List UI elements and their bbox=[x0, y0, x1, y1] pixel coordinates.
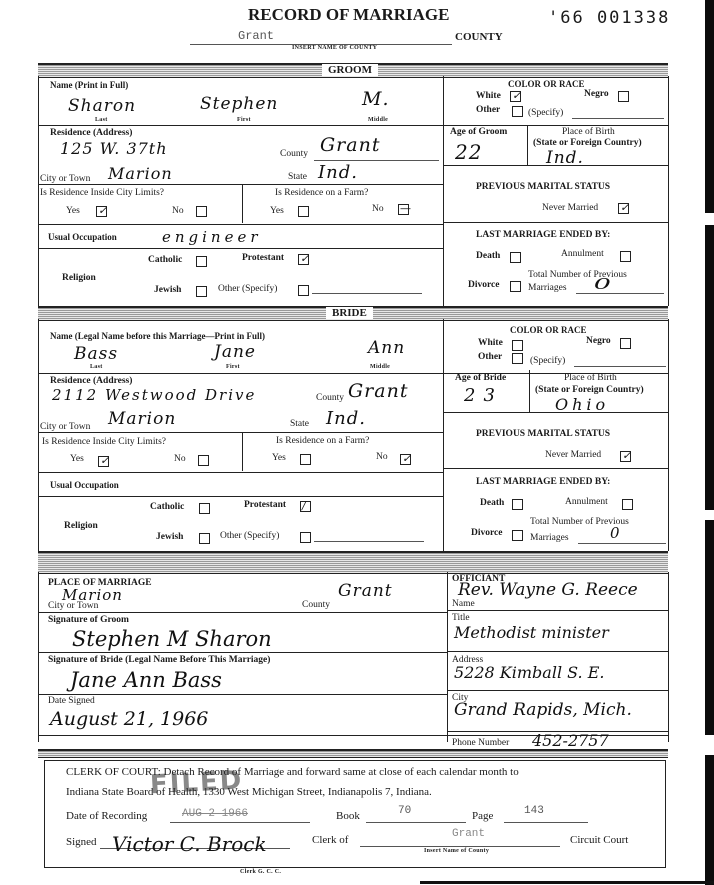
bride-divorce-label: Divorce bbox=[471, 528, 502, 538]
scan-edge bbox=[705, 755, 714, 885]
bride-signature-label: Signature of Bride (Legal Name Before Th… bbox=[48, 655, 270, 665]
bride-first-caption: First bbox=[226, 364, 240, 370]
groom-last-caption: Last bbox=[95, 117, 108, 123]
groom-specify-label: (Specify) bbox=[528, 108, 563, 118]
bride-white-checkbox[interactable] bbox=[512, 340, 523, 351]
bride-marital-status-title: PREVIOUS MARITAL STATUS bbox=[476, 429, 610, 439]
divider bbox=[443, 222, 668, 223]
book-value: 70 bbox=[398, 805, 411, 817]
bride-residence-address: 2112 Westwood Drive bbox=[52, 386, 256, 404]
groom-age-label: Age of Groom bbox=[450, 127, 507, 137]
groom-other-religion-checkbox[interactable] bbox=[298, 285, 309, 296]
groom-birthplace-label: Place of Birth bbox=[562, 127, 615, 137]
frame-right bbox=[668, 572, 669, 742]
bride-never-married-label: Never Married bbox=[545, 450, 601, 460]
divider bbox=[443, 165, 668, 166]
column-divider bbox=[443, 319, 444, 551]
bride-birthplace-sub: (State or Foreign Country) bbox=[535, 385, 644, 395]
bride-city-limits-no-checkbox[interactable] bbox=[198, 455, 209, 466]
groom-divorce-checkbox[interactable] bbox=[510, 281, 521, 292]
groom-negro-checkbox[interactable] bbox=[618, 91, 629, 102]
bride-annulment-label: Annulment bbox=[565, 497, 608, 507]
groom-city-limits-label: Is Residence Inside City Limits? bbox=[40, 188, 164, 198]
divider bbox=[38, 652, 447, 653]
bride-negro-label: Negro bbox=[586, 336, 611, 346]
officiant-city: Grand Rapids, Mich. bbox=[454, 700, 632, 720]
bride-birthplace-label: Place of Birth bbox=[564, 373, 617, 383]
line bbox=[314, 160, 439, 161]
groom-occupation: engineer bbox=[162, 228, 262, 246]
groom-residence-label: Residence (Address) bbox=[50, 128, 132, 138]
groom-negro-label: Negro bbox=[584, 89, 609, 99]
groom-farm-yes-checkbox[interactable] bbox=[298, 206, 309, 217]
bride-total-prev-value: 0 bbox=[610, 524, 621, 542]
bride-state-label: State bbox=[290, 419, 309, 429]
bride-farm-no-checkbox[interactable]: ✓ bbox=[400, 454, 411, 465]
line bbox=[504, 822, 588, 823]
bride-city-limits-no-label: No bbox=[174, 454, 186, 464]
bride-negro-checkbox[interactable] bbox=[620, 338, 631, 349]
groom-farm-yes-label: Yes bbox=[270, 206, 284, 216]
check-mark-icon: ✓ bbox=[620, 201, 629, 214]
bride-race-title: COLOR OR RACE bbox=[510, 325, 587, 335]
bride-occupation-label: Usual Occupation bbox=[50, 480, 119, 490]
bride-last-caption: Last bbox=[90, 364, 103, 370]
line bbox=[360, 846, 560, 847]
clerk-instructions-line2: Indiana State Board of Health, 1330 West… bbox=[66, 786, 432, 798]
check-mark-icon: ✓ bbox=[512, 89, 521, 102]
divider bbox=[443, 468, 668, 469]
bride-jewish-checkbox[interactable] bbox=[199, 533, 210, 544]
divider bbox=[38, 472, 443, 473]
check-mark-icon: ✓ bbox=[300, 252, 309, 265]
divider bbox=[38, 248, 443, 249]
divider bbox=[38, 612, 447, 613]
divider bbox=[529, 370, 530, 412]
signed-label: Signed bbox=[66, 836, 97, 848]
serial-number: '66 001338 bbox=[548, 8, 670, 28]
bride-death-label: Death bbox=[480, 498, 504, 508]
check-mark-icon: ✓ bbox=[622, 449, 631, 462]
groom-last-marriage-title: LAST MARRIAGE ENDED BY: bbox=[476, 230, 610, 240]
bride-age: 23 bbox=[464, 385, 503, 406]
divider bbox=[447, 651, 668, 652]
groom-never-married-checkbox[interactable]: ✓ bbox=[618, 203, 629, 214]
divider bbox=[38, 125, 668, 126]
scan-edge bbox=[705, 520, 714, 735]
officiant-title-value: Methodist minister bbox=[454, 623, 609, 642]
marriage-city-label: City or Town bbox=[48, 601, 98, 611]
bride-other-religion-label: Other (Specify) bbox=[220, 531, 279, 541]
bride-farm-label: Is Residence on a Farm? bbox=[276, 436, 369, 446]
divider bbox=[38, 496, 443, 497]
line bbox=[578, 543, 666, 544]
frame-left bbox=[38, 572, 39, 742]
marriage-county: Grant bbox=[338, 581, 393, 601]
clerk-of-label: Clerk of bbox=[312, 834, 348, 846]
header-county-value: Grant bbox=[238, 29, 274, 43]
groom-other-religion-label: Other (Specify) bbox=[218, 284, 277, 294]
groom-farm-no-checkbox[interactable]: — bbox=[398, 204, 409, 215]
groom-city-limits-yes-label: Yes bbox=[66, 206, 80, 216]
column-divider bbox=[447, 572, 448, 742]
divider bbox=[38, 224, 443, 225]
groom-birthplace-sub: (State or Foreign Country) bbox=[533, 138, 642, 148]
groom-city: Marion bbox=[108, 164, 173, 183]
line bbox=[576, 293, 664, 294]
groom-religion-label: Religion bbox=[62, 273, 96, 283]
bride-city: Marion bbox=[108, 409, 176, 429]
groom-name-label: Name (Print in Full) bbox=[50, 80, 128, 90]
bride-white-label: White bbox=[478, 338, 503, 348]
book-label: Book bbox=[336, 810, 360, 822]
bride-other-religion-checkbox[interactable] bbox=[300, 532, 311, 543]
groom-annulment-checkbox[interactable] bbox=[620, 251, 631, 262]
groom-section-title: GROOM bbox=[322, 64, 378, 76]
groom-marital-status-title: PREVIOUS MARITAL STATUS bbox=[476, 182, 610, 192]
officiant-name-label: Name bbox=[452, 599, 475, 609]
groom-catholic-checkbox[interactable] bbox=[196, 256, 207, 267]
bride-total-prev-label-2: Marriages bbox=[530, 533, 569, 543]
groom-jewish-checkbox[interactable] bbox=[196, 286, 207, 297]
groom-protestant-checkbox[interactable]: ✓ bbox=[298, 254, 309, 265]
line bbox=[574, 366, 666, 367]
groom-first-name: Stephen bbox=[200, 94, 278, 114]
bride-religion-label: Religion bbox=[64, 521, 98, 531]
officiant-title-label: Title bbox=[452, 613, 470, 623]
officiant-phone-label: Phone Number bbox=[452, 738, 509, 748]
separator-band bbox=[38, 749, 668, 758]
groom-state: Ind. bbox=[318, 162, 358, 183]
divider bbox=[447, 610, 668, 611]
check-mark-icon: ✓ bbox=[402, 452, 411, 465]
bride-jewish-label: Jewish bbox=[156, 532, 183, 542]
document-title: RECORD OF MARRIAGE bbox=[248, 5, 449, 25]
bride-name-label: Name (Legal Name before this Marriage—Pr… bbox=[50, 331, 265, 341]
groom-signature: Stephen M Sharon bbox=[72, 627, 272, 651]
groom-age: 22 bbox=[455, 140, 482, 164]
line bbox=[572, 118, 664, 119]
groom-city-limits-yes-checkbox[interactable]: ✓ bbox=[96, 206, 107, 217]
separator-band bbox=[38, 551, 668, 574]
bride-farm-no-label: No bbox=[376, 452, 388, 462]
groom-city-label: City or Town bbox=[40, 174, 90, 184]
bride-age-label: Age of Bride bbox=[455, 373, 506, 383]
groom-middle-caption: Middle bbox=[368, 117, 388, 123]
groom-race-title: COLOR OR RACE bbox=[508, 79, 585, 89]
bride-protestant-checkbox[interactable]: / bbox=[300, 501, 311, 512]
divider bbox=[443, 412, 668, 413]
bride-other-race-checkbox[interactable] bbox=[512, 353, 523, 364]
clerk-of-value: Grant bbox=[452, 828, 485, 840]
bride-city-limits-label: Is Residence Inside City Limits? bbox=[42, 437, 166, 447]
bride-city-limits-yes-label: Yes bbox=[70, 454, 84, 464]
groom-signature-label: Signature of Groom bbox=[48, 615, 129, 625]
groom-farm-no-label: No bbox=[372, 204, 384, 214]
groom-farm-label: Is Residence on a Farm? bbox=[275, 188, 368, 198]
groom-never-married-label: Never Married bbox=[542, 203, 598, 213]
officiant-address: 5228 Kimball S. E. bbox=[454, 663, 604, 682]
clerk-signature-caption: Clerk G. C. C. bbox=[240, 869, 281, 875]
groom-protestant-label: Protestant bbox=[242, 253, 284, 263]
divider bbox=[38, 432, 443, 433]
bride-county-label: County bbox=[316, 393, 344, 403]
filed-stamp: FILED bbox=[149, 766, 244, 801]
date-signed-label: Date Signed bbox=[48, 696, 95, 706]
bride-catholic-checkbox[interactable] bbox=[199, 503, 210, 514]
bride-signature: Jane Ann Bass bbox=[70, 668, 222, 692]
groom-residence-address: 125 W. 37th bbox=[60, 139, 168, 158]
clerk-of-caption: Insert Name of County bbox=[424, 848, 489, 854]
officiant-phone: 452-2757 bbox=[532, 731, 609, 750]
bride-catholic-label: Catholic bbox=[150, 502, 184, 512]
line bbox=[366, 822, 466, 823]
frame-left bbox=[38, 76, 39, 306]
bride-other-race-label: Other bbox=[478, 352, 502, 362]
check-mark-icon: / bbox=[302, 499, 306, 512]
bride-last-name: Bass bbox=[74, 344, 118, 364]
clerk-instructions-line1: CLERK OF COURT: Detach Record of Marriag… bbox=[66, 766, 519, 778]
line bbox=[170, 822, 310, 823]
divider bbox=[527, 125, 528, 165]
divider bbox=[447, 690, 668, 691]
bride-middle-name: Ann bbox=[368, 338, 405, 358]
scan-edge-bottom bbox=[420, 881, 714, 884]
groom-total-prev-label-2: Marriages bbox=[528, 283, 567, 293]
groom-state-label: State bbox=[288, 172, 307, 182]
header-county-label: COUNTY bbox=[455, 31, 503, 43]
groom-county-label: County bbox=[280, 149, 308, 159]
marriage-county-label: County bbox=[302, 600, 330, 610]
circuit-court-label: Circuit Court bbox=[570, 834, 628, 846]
check-mark-icon: ✓ bbox=[98, 204, 107, 217]
bride-farm-yes-label: Yes bbox=[272, 453, 286, 463]
column-divider bbox=[443, 76, 444, 306]
bride-annulment-checkbox[interactable] bbox=[622, 499, 633, 510]
header-county-caption: INSERT NAME OF COUNTY bbox=[292, 45, 377, 51]
groom-death-label: Death bbox=[476, 251, 500, 261]
clerk-signature: Victor C. Brock bbox=[112, 832, 267, 856]
groom-total-prev-value: 0 bbox=[594, 275, 613, 293]
divider bbox=[38, 694, 447, 695]
scan-edge bbox=[705, 0, 714, 213]
groom-divorce-label: Divorce bbox=[468, 280, 499, 290]
bride-first-name: Jane bbox=[214, 342, 256, 362]
bride-middle-caption: Middle bbox=[370, 364, 390, 370]
divider bbox=[38, 184, 443, 185]
bride-city-label: City or Town bbox=[40, 422, 90, 432]
date-recording: AUG 2 1966 bbox=[182, 808, 248, 820]
date-recording-label: Date of Recording bbox=[66, 810, 147, 822]
scan-edge bbox=[705, 225, 714, 510]
groom-occupation-label: Usual Occupation bbox=[48, 232, 117, 242]
groom-county: Grant bbox=[320, 134, 380, 156]
line bbox=[312, 293, 422, 294]
bride-section-title: BRIDE bbox=[326, 307, 373, 319]
groom-catholic-label: Catholic bbox=[148, 255, 182, 265]
bride-specify-label: (Specify) bbox=[530, 356, 565, 366]
bride-last-marriage-title: LAST MARRIAGE ENDED BY: bbox=[476, 477, 610, 487]
divider bbox=[242, 185, 243, 223]
bride-divorce-checkbox[interactable] bbox=[512, 530, 523, 541]
page-label: Page bbox=[472, 810, 493, 822]
bride-county: Grant bbox=[348, 380, 408, 402]
groom-death-checkbox[interactable] bbox=[510, 252, 521, 263]
frame-right bbox=[668, 76, 669, 306]
groom-last-name: Sharon bbox=[68, 96, 136, 116]
bride-residence-label: Residence (Address) bbox=[50, 376, 132, 386]
groom-first-caption: First bbox=[237, 117, 251, 123]
groom-middle-name: M. bbox=[362, 88, 390, 110]
bride-death-checkbox[interactable] bbox=[512, 499, 523, 510]
officiant-name: Rev. Wayne G. Reece bbox=[458, 580, 638, 600]
bride-farm-yes-checkbox[interactable] bbox=[300, 454, 311, 465]
groom-city-limits-no-checkbox[interactable] bbox=[196, 206, 207, 217]
groom-white-checkbox[interactable]: ✓ bbox=[510, 91, 521, 102]
check-mark-icon: ✓ bbox=[100, 454, 109, 467]
bride-state: Ind. bbox=[326, 408, 366, 429]
line bbox=[314, 541, 424, 542]
groom-jewish-label: Jewish bbox=[154, 285, 181, 295]
groom-other-race-label: Other bbox=[476, 105, 500, 115]
check-mark-icon: — bbox=[400, 202, 411, 215]
groom-city-limits-no-label: No bbox=[172, 206, 184, 216]
bride-city-limits-yes-checkbox[interactable]: ✓ bbox=[98, 456, 109, 467]
frame-left bbox=[38, 319, 39, 551]
groom-other-race-checkbox[interactable] bbox=[512, 106, 523, 117]
page-value: 143 bbox=[524, 805, 544, 817]
groom-white-label: White bbox=[476, 91, 501, 101]
bride-protestant-label: Protestant bbox=[244, 500, 286, 510]
frame-right bbox=[668, 319, 669, 551]
divider bbox=[242, 433, 243, 471]
bride-never-married-checkbox[interactable]: ✓ bbox=[620, 451, 631, 462]
groom-annulment-label: Annulment bbox=[561, 249, 604, 259]
date-signed: August 21, 1966 bbox=[50, 708, 208, 730]
